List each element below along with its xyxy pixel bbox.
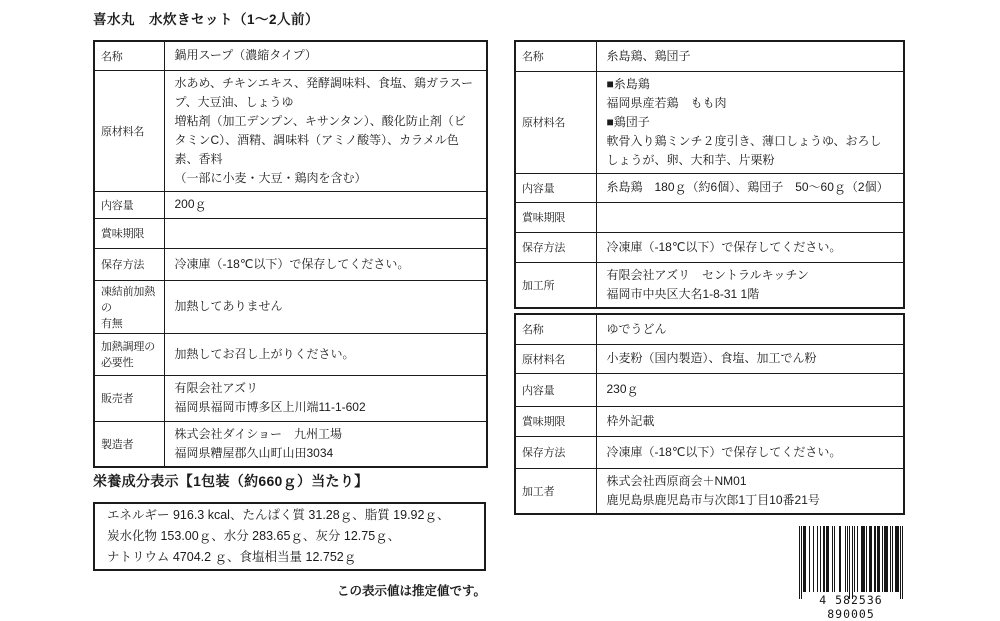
row-value: ゆでうどん (596, 314, 904, 344)
table-row: 賞味期限 (515, 202, 904, 232)
table-row: 保存方法 冷凍庫（-18℃以下）で保存してください。 (515, 232, 904, 262)
table-row: 凍結前加熱の 有無 加熱してありません (94, 280, 487, 333)
table-row: 原材料名 ■糸島鶏 福岡県産若鶏 もも肉 ■鶏団子 軟骨入り鶏ミンチ２度引き、薄… (515, 71, 904, 173)
barcode-bars (799, 526, 903, 599)
row-label: 原材料名 (94, 70, 164, 191)
row-label: 凍結前加熱の 有無 (94, 280, 164, 333)
table-row: 内容量 230ｇ (515, 373, 904, 406)
page-title: 喜水丸 水炊きセット（1～2人前） (93, 8, 319, 28)
table-row: 内容量 200ｇ (94, 191, 487, 218)
product-label-sheet: 喜水丸 水炊きセット（1～2人前） 名称 鍋用スープ（濃縮タイプ） 原材料名 水… (0, 0, 1000, 621)
row-value: 糸島鶏、鶏団子 (596, 41, 904, 71)
table-row: 加熱調理の 必要性 加熱してお召し上がりください。 (94, 333, 487, 375)
row-label: 原材料名 (515, 344, 596, 373)
row-value: 加熱してお召し上がりください。 (164, 333, 487, 375)
row-value: 株式会社ダイショー 九州工場 福岡県糟屋郡久山町山田3034 (164, 421, 487, 467)
row-value: 冷凍庫（-18℃以下）で保存してください。 (596, 232, 904, 262)
row-label: 内容量 (515, 173, 596, 202)
table-row: 賞味期限 (94, 218, 487, 248)
table-row: 名称 鍋用スープ（濃縮タイプ） (94, 41, 487, 70)
row-value: 水あめ、チキンエキス、発酵調味料、食塩、鶏ガラスープ、大豆油、しょうゆ 増粘剤（… (164, 70, 487, 191)
row-label: 名称 (515, 41, 596, 71)
nutrition-note: この表示値は推定値です。 (186, 581, 486, 599)
table-row: 保存方法 冷凍庫（-18℃以下）で保存してください。 (515, 436, 904, 468)
row-value: 株式会社西原商会＋NM01 鹿児島県鹿児島市与次郎1丁目10番21号 (596, 468, 904, 514)
nutrition-heading: 栄養成分表示【1包装（約660ｇ）当たり】 (93, 471, 368, 491)
row-label: 加工所 (515, 262, 596, 308)
table-row: 原材料名 小麦粉（国内製造）、食塩、加工でん粉 (515, 344, 904, 373)
row-label: 内容量 (94, 191, 164, 218)
table-row: 原材料名 水あめ、チキンエキス、発酵調味料、食塩、鶏ガラスープ、大豆油、しょうゆ… (94, 70, 487, 191)
row-label: 製造者 (94, 421, 164, 467)
row-label: 賞味期限 (94, 218, 164, 248)
row-label: 保存方法 (515, 232, 596, 262)
table-row: 賞味期限 枠外記載 (515, 406, 904, 436)
table-row: 製造者 株式会社ダイショー 九州工場 福岡県糟屋郡久山町山田3034 (94, 421, 487, 467)
row-value: 230ｇ (596, 373, 904, 406)
table-row: 内容量 糸島鶏 180ｇ（約6個）、鶏団子 50～60ｇ（2個） (515, 173, 904, 202)
row-label: 加熱調理の 必要性 (94, 333, 164, 375)
row-value: 枠外記載 (596, 406, 904, 436)
row-value: 有限会社アズリ セントラルキッチン 福岡市中央区大名1-8-31 1階 (596, 262, 904, 308)
row-value: 冷凍庫（-18℃以下）で保存してください。 (164, 248, 487, 280)
row-label: 保存方法 (515, 436, 596, 468)
row-value: ■糸島鶏 福岡県産若鶏 もも肉 ■鶏団子 軟骨入り鶏ミンチ２度引き、薄口しょうゆ… (596, 71, 904, 173)
row-label: 名称 (94, 41, 164, 70)
table-row: 名称 糸島鶏、鶏団子 (515, 41, 904, 71)
row-value: 鍋用スープ（濃縮タイプ） (164, 41, 487, 70)
barcode-digits: 4 582536 890005 (796, 593, 906, 621)
row-label: 原材料名 (515, 71, 596, 173)
table-row: 加工者 株式会社西原商会＋NM01 鹿児島県鹿児島市与次郎1丁目10番21号 (515, 468, 904, 514)
nutrition-box: エネルギー 916.3 kcal、たんぱく質 31.28ｇ、脂質 19.92ｇ、… (93, 502, 486, 571)
row-value (164, 218, 487, 248)
row-value: 有限会社アズリ 福岡県福岡市博多区上川端11-1-602 (164, 375, 487, 421)
row-label: 内容量 (515, 373, 596, 406)
row-label: 賞味期限 (515, 202, 596, 232)
udon-spec-table: 名称 ゆでうどん 原材料名 小麦粉（国内製造）、食塩、加工でん粉 内容量 230… (514, 313, 905, 515)
row-value: 糸島鶏 180ｇ（約6個）、鶏団子 50～60ｇ（2個） (596, 173, 904, 202)
table-row: 加工所 有限会社アズリ セントラルキッチン 福岡市中央区大名1-8-31 1階 (515, 262, 904, 308)
row-value (596, 202, 904, 232)
table-row: 保存方法 冷凍庫（-18℃以下）で保存してください。 (94, 248, 487, 280)
barcode: 4 582536 890005 (796, 526, 906, 621)
row-label: 名称 (515, 314, 596, 344)
soup-spec-table: 名称 鍋用スープ（濃縮タイプ） 原材料名 水あめ、チキンエキス、発酵調味料、食塩… (93, 40, 488, 468)
row-label: 保存方法 (94, 248, 164, 280)
table-row: 名称 ゆでうどん (515, 314, 904, 344)
table-row: 販売者 有限会社アズリ 福岡県福岡市博多区上川端11-1-602 (94, 375, 487, 421)
row-value: 冷凍庫（-18℃以下）で保存してください。 (596, 436, 904, 468)
row-value: 加熱してありません (164, 280, 487, 333)
chicken-spec-table: 名称 糸島鶏、鶏団子 原材料名 ■糸島鶏 福岡県産若鶏 もも肉 ■鶏団子 軟骨入… (514, 40, 905, 309)
row-value: 小麦粉（国内製造）、食塩、加工でん粉 (596, 344, 904, 373)
row-value: 200ｇ (164, 191, 487, 218)
row-label: 販売者 (94, 375, 164, 421)
row-label: 賞味期限 (515, 406, 596, 436)
row-label: 加工者 (515, 468, 596, 514)
